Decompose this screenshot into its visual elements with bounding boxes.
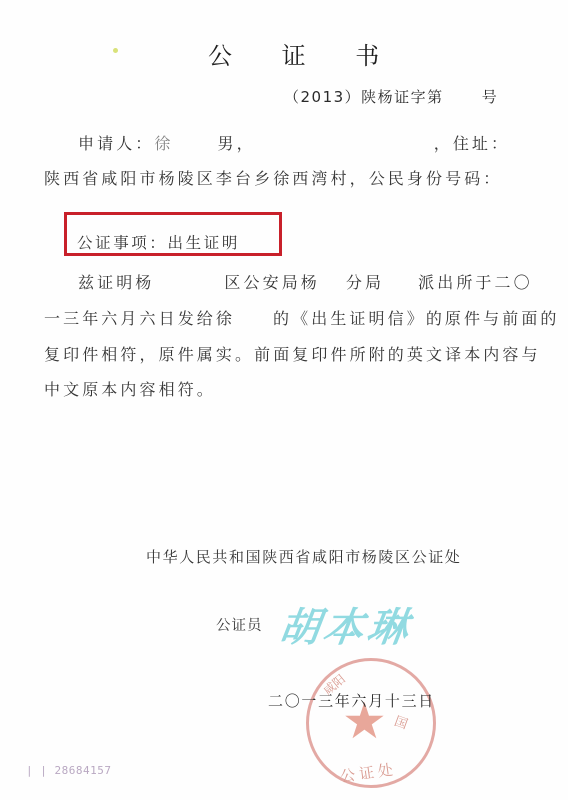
serial-number: | | 28684157 [26, 764, 111, 777]
speck-mark [113, 48, 118, 53]
applicant-line: 申请人：徐男，，住址： [78, 131, 510, 154]
body-line-4: 中文原本内容相符。 [44, 377, 216, 400]
address-label: ，住址： [434, 134, 510, 153]
body-text: 兹证明杨 [78, 273, 154, 292]
body-line-2: 一三年六月六日发给徐的《出生证明信》的原件与前面的 [44, 306, 560, 329]
issue-date: 二〇一三年六月十三日 [268, 690, 435, 711]
notarial-matter: 公证事项：出生证明 [77, 231, 240, 253]
notary-office: 中华人民共和国陕西省咸阳市杨陵区公证处 [146, 546, 461, 567]
applicant-name-partial: 徐 [154, 134, 173, 153]
body-text: 派出所于二〇 [418, 273, 533, 292]
notary-signature: 胡本琳 [276, 596, 416, 653]
document-number-suffix: 号 [482, 88, 499, 106]
applicant-label: 申请人： [78, 134, 154, 153]
matter-value: 出生证明 [168, 234, 240, 252]
body-line-3: 复印件相符，原件属实。前面复印件所附的英文译本内容与 [44, 342, 541, 365]
body-text: 的《出生证明信》的原件与前面的 [273, 309, 560, 328]
body-text: 一三年六月六日发给徐 [44, 309, 235, 328]
body-text: 区公安局杨 [224, 273, 320, 292]
notary-label: 公证员 [216, 614, 263, 635]
matter-label: 公证事项： [77, 234, 168, 252]
applicant-gender: 男， [218, 134, 256, 153]
document-number: （2013）陕杨证字第号 [284, 86, 498, 107]
notarial-certificate-page: 公 证 书 （2013）陕杨证字第号 申请人：徐男，，住址： 陕西省咸阳市杨陵区… [0, 0, 568, 800]
document-number-prefix: （2013）陕杨证字第 [284, 88, 444, 106]
document-title: 公 证 书 [208, 36, 400, 71]
address-line: 陕西省咸阳市杨陵区李台乡徐西湾村，公民身份号码： [44, 166, 502, 189]
body-text: 分局 [346, 273, 384, 292]
body-line-1: 兹证明杨区公安局杨分局派出所于二〇 [78, 270, 533, 293]
